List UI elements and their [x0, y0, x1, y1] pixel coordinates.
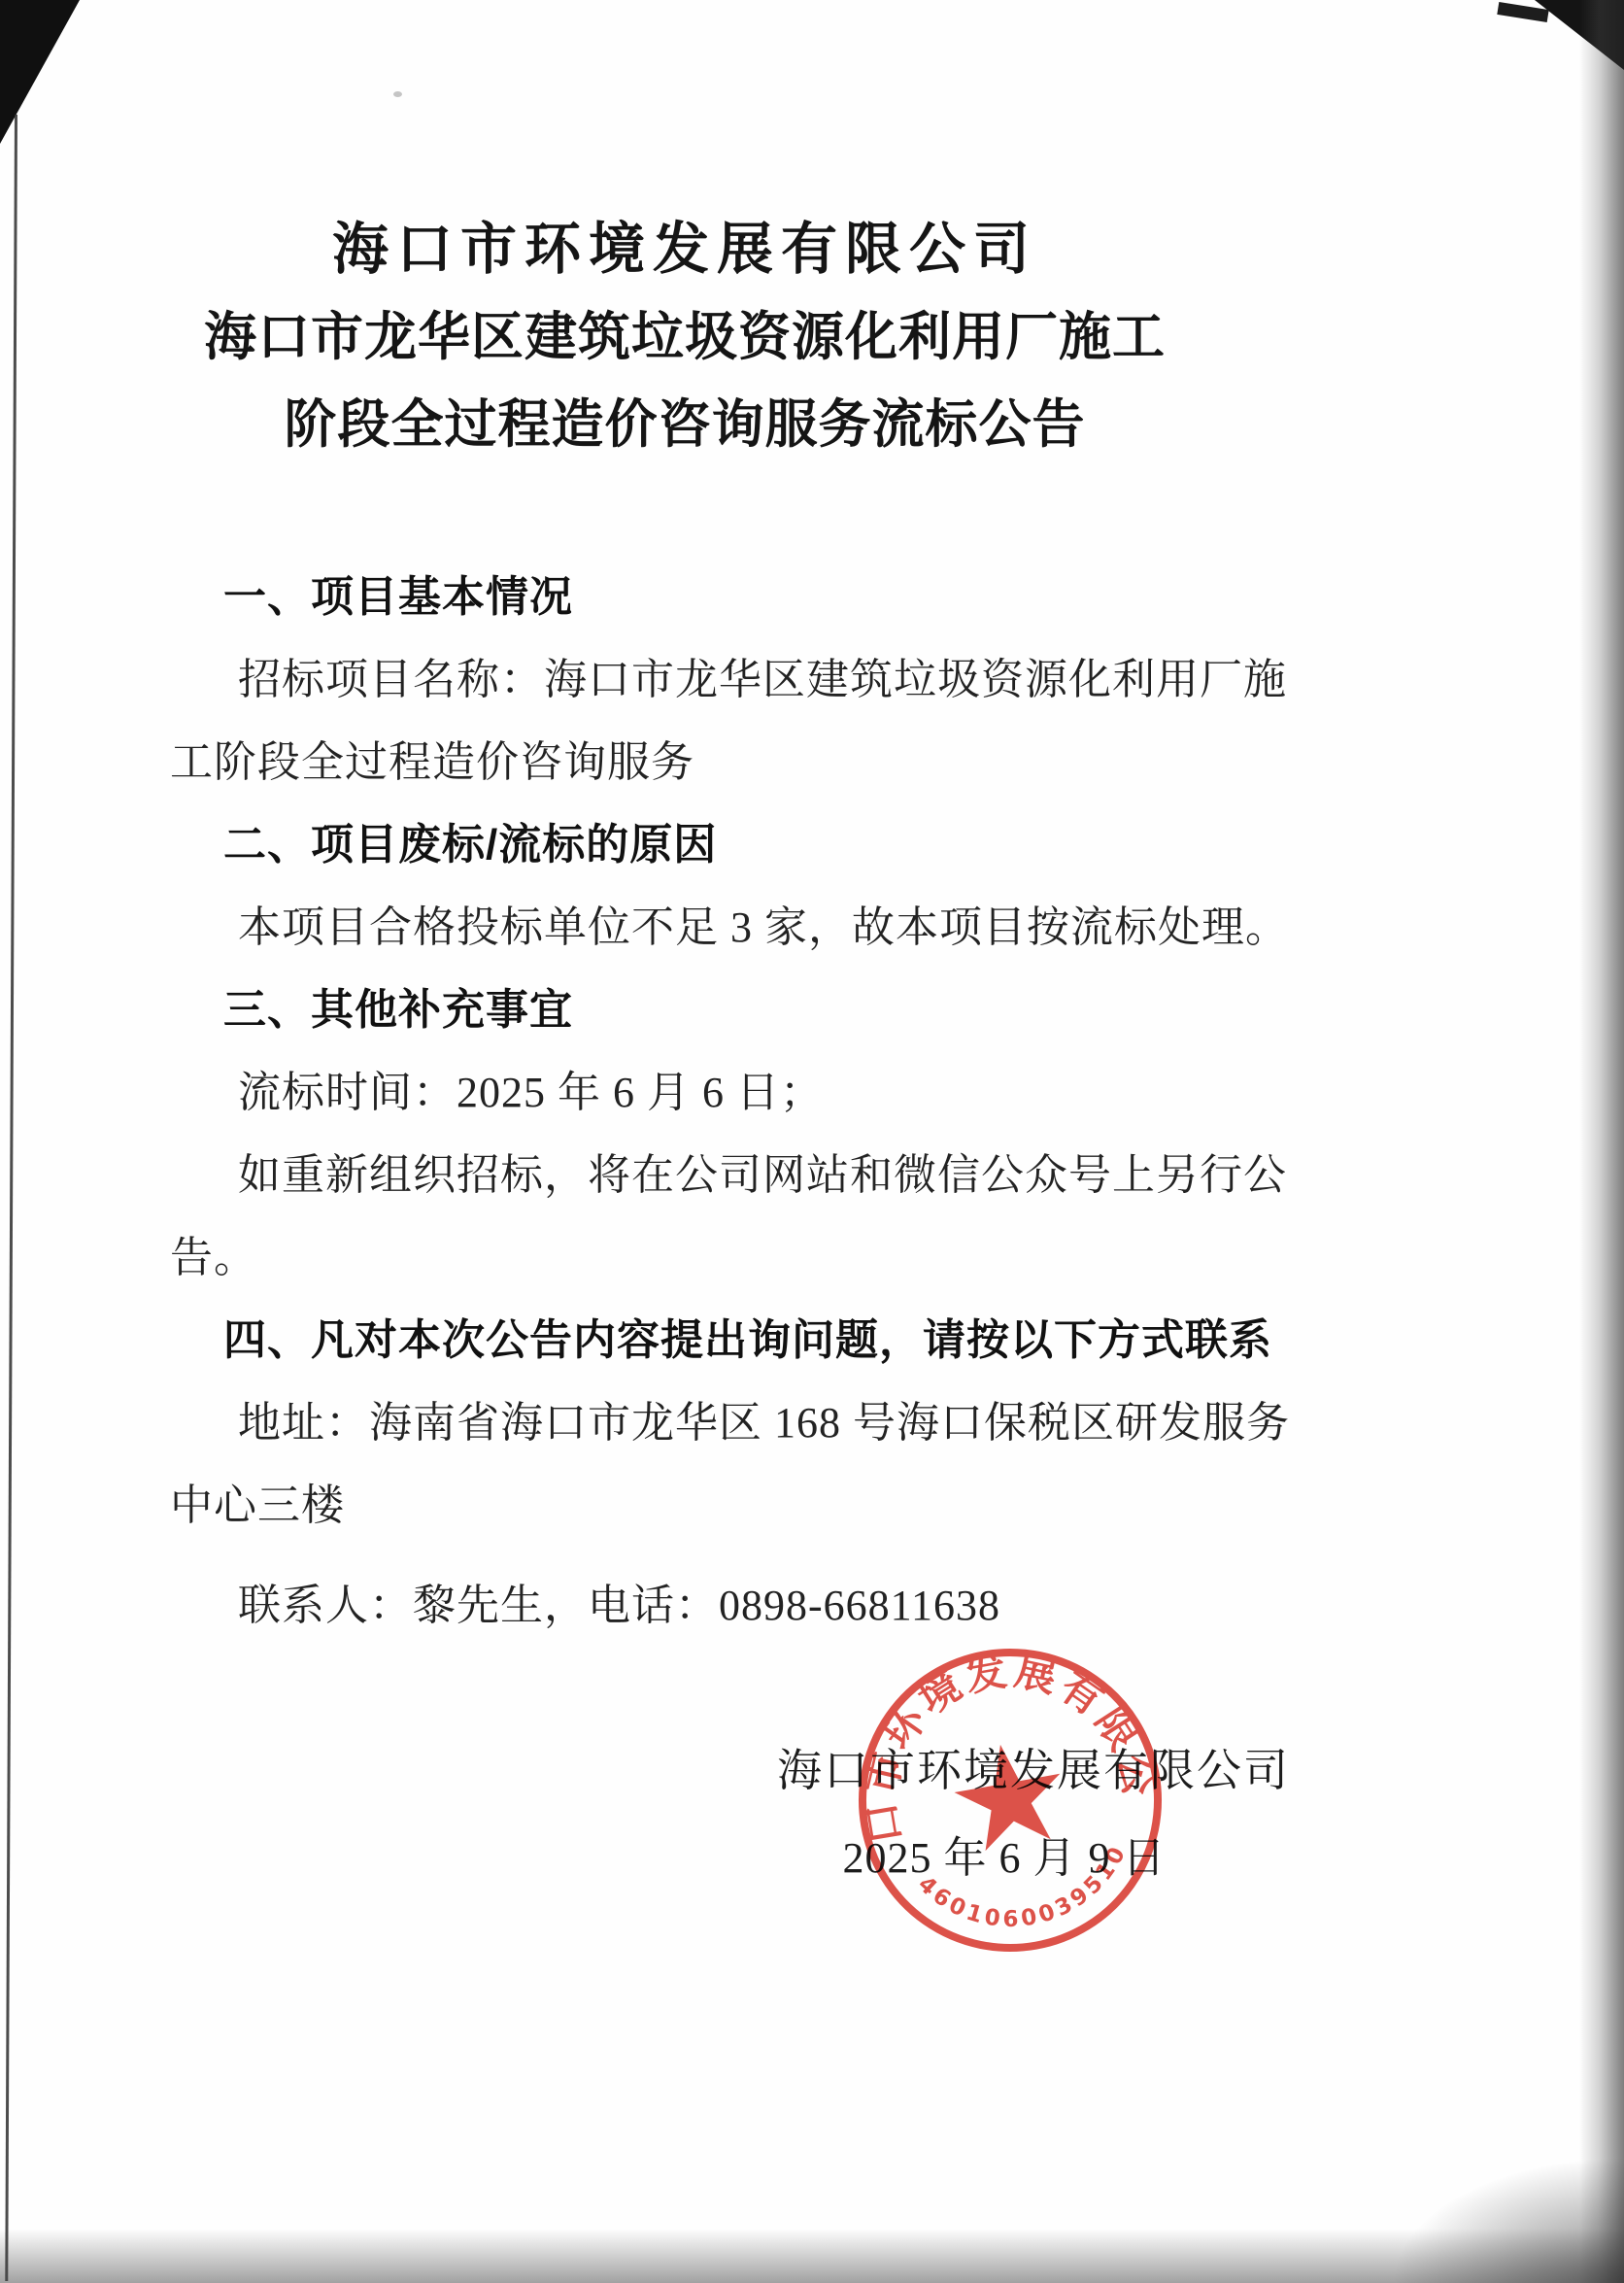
scan-artifact-top-left	[0, 0, 80, 144]
section-1-line-2: 工阶段全过程造价咨询服务	[170, 721, 1321, 803]
section-3-line-1: 流标时间：2025 年 6 月 6 日；	[170, 1051, 1321, 1134]
scan-artifact-bottom-right-smudge	[1391, 2157, 1624, 2283]
section-1-line-1: 招标项目名称：海口市龙华区建筑垃圾资源化利用厂施	[170, 638, 1321, 721]
scan-artifact-top-right-mark	[1497, 2, 1548, 22]
scan-artifact-left-edge-line	[5, 115, 17, 2281]
document-body: 一、项目基本情况 招标项目名称：海口市龙华区建筑垃圾资源化利用厂施 工阶段全过程…	[170, 556, 1321, 1647]
scanned-document-page: 海口市环境发展有限公司 海口市龙华区建筑垃圾资源化利用厂施工 阶段全过程造价咨询…	[0, 0, 1624, 2283]
section-4-line-1: 地址：海南省海口市龙华区 168 号海口保税区研发服务	[170, 1381, 1321, 1464]
section-4-line-2: 中心三楼	[170, 1464, 1321, 1547]
section-4-heading: 四、凡对本次公告内容提出询问题，请按以下方式联系	[170, 1299, 1321, 1381]
scan-artifact-bottom-edge-shadow	[0, 2229, 1624, 2283]
seal-star-icon	[948, 1735, 1071, 1854]
title-project-line: 海口市龙华区建筑垃圾资源化利用厂施工	[117, 293, 1253, 381]
title-company-name: 海口市环境发展有限公司	[117, 206, 1253, 293]
section-3-heading: 三、其他补充事宜	[170, 969, 1321, 1051]
section-3-line-3: 告。	[170, 1216, 1321, 1299]
scan-artifact-right-edge-shadow	[1579, 0, 1624, 2283]
title-announcement-line: 阶段全过程造价咨询服务流标公告	[117, 381, 1253, 468]
scan-artifact-top-right	[1535, 0, 1624, 70]
section-2-heading: 二、项目废标/流标的原因	[170, 803, 1321, 886]
company-seal-stamp: 海口市环境发展有限公司 4601060039510	[826, 1616, 1195, 1985]
section-3-line-2: 如重新组织招标，将在公司网站和微信公众号上另行公	[170, 1134, 1321, 1216]
section-1-heading: 一、项目基本情况	[170, 556, 1321, 638]
section-2-line-1: 本项目合格投标单位不足 3 家，故本项目按流标处理。	[170, 886, 1321, 969]
scan-artifact-speck	[393, 91, 402, 97]
document-title: 海口市环境发展有限公司 海口市龙华区建筑垃圾资源化利用厂施工 阶段全过程造价咨询…	[117, 206, 1253, 468]
